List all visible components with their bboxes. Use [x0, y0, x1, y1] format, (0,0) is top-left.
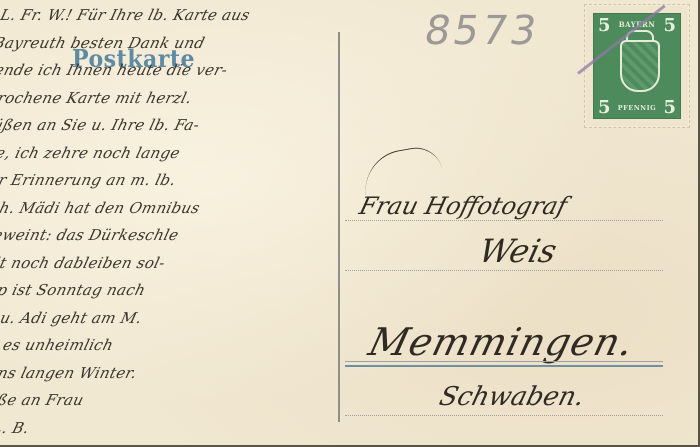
- message-line: hätt halt noch dableiben sol-: [0, 250, 277, 278]
- vertical-divider: [338, 32, 340, 422]
- message-line: Kempten u. Adi geht am M.: [0, 305, 264, 333]
- address-line-3: [345, 361, 663, 362]
- message-line: Dürkes! Fr. L. B.: [0, 415, 236, 443]
- address-region: Schwaben.: [436, 382, 587, 412]
- message-line: ruhig bei uns langen Winter.: [0, 360, 250, 388]
- message-line: nachgeweint: das Dürkeschle: [0, 222, 284, 250]
- pencil-archive-number: 8573: [421, 8, 543, 54]
- address-line-3-blue: [345, 365, 663, 367]
- message-line: Grüßen an Sie u. Ihre lb. Fa-: [0, 112, 312, 140]
- message-line: Bayreuth besten Dank und: [0, 30, 332, 58]
- handwritten-message: L. Fr. W.! Für Ihre lb. Karte aus Bayreu…: [0, 2, 339, 442]
- stamp-denomination: PFENNIG: [594, 104, 680, 112]
- message-line: Schöne Grüße an Frau: [0, 387, 243, 415]
- message-line: len! Sepp ist Sonntag nach: [0, 277, 270, 305]
- message-line: in der Erinnerung an m. lb.: [0, 167, 298, 195]
- address-line-1: [345, 220, 663, 221]
- message-line: sprochene Karte mit herzl.: [0, 85, 318, 113]
- address-line-4: [345, 415, 663, 416]
- message-line: dann wird es unheimlich: [0, 332, 257, 360]
- handwriting-flourish: [359, 143, 445, 197]
- coat-of-arms-icon: [620, 40, 660, 92]
- address-city: Memmingen.: [365, 320, 639, 364]
- postcard: Postkarte L. Fr. W.! Für Ihre lb. Karte …: [0, 0, 700, 447]
- message-line: sende ich Ihnen heute die ver-: [0, 57, 325, 85]
- address-line-2: [345, 270, 663, 271]
- message-line: Besuch. Mädi hat den Omnibus: [0, 195, 291, 223]
- message-line: milie, ich zehre noch lange: [0, 140, 305, 168]
- message-line: L. Fr. W.! Für Ihre lb. Karte aus: [0, 2, 339, 30]
- address-name: Weis: [475, 232, 560, 270]
- address-salutation: Frau Hoffotograf: [357, 192, 570, 220]
